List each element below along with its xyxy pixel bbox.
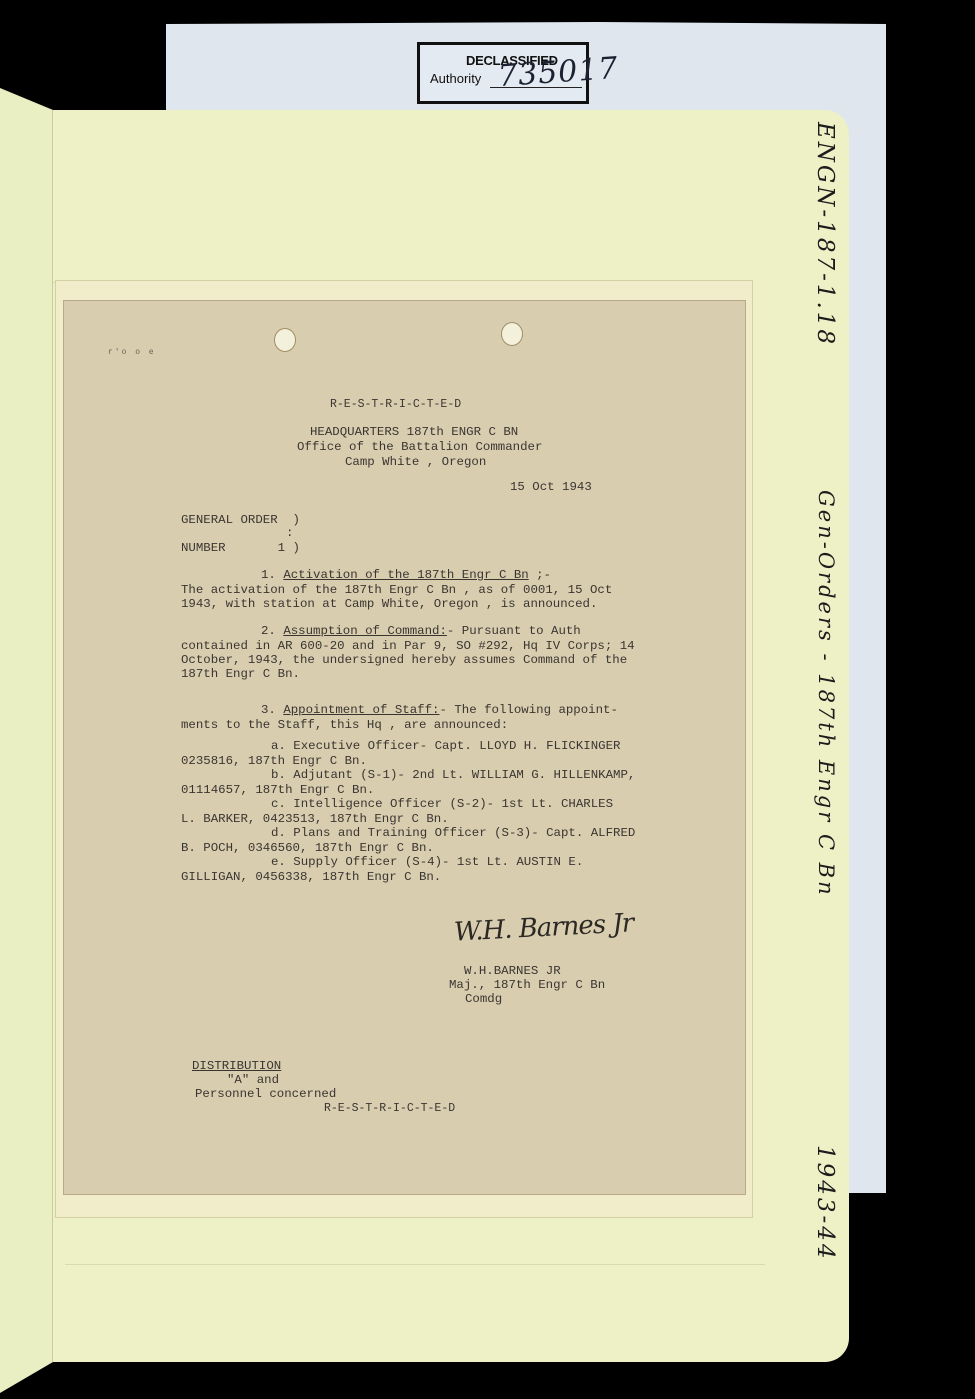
paragraph-3-heading: 3. Appointment of Staff:- The following … <box>261 703 618 718</box>
classification-bottom: R-E-S-T-R-I-C-T-E-D <box>324 1101 455 1116</box>
general-order-label: GENERAL ORDER ) <box>181 513 300 528</box>
paragraph-3-number: 3. <box>261 703 276 717</box>
appointment-b-line-1: b. Adjutant (S-1)- 2nd Lt. WILLIAM G. HI… <box>271 768 635 783</box>
appointment-a-line-2: 0235816, 187th Engr C Bn. <box>181 754 367 769</box>
signatory-title: Maj., 187th Engr C Bn <box>449 978 605 993</box>
appointment-c-line-2: L. BARKER, 0423513, 187th Engr C Bn. <box>181 812 449 827</box>
paragraph-2-line-3: 187th Engr C Bn. <box>181 667 300 682</box>
paragraph-2-number: 2. <box>261 624 276 638</box>
margin-note-bottom: 1943-44 <box>812 1145 838 1262</box>
paragraph-1-number: 1. <box>261 568 276 582</box>
paragraph-1-title: Activation of the 187th Engr C Bn <box>283 568 528 582</box>
distribution-heading: DISTRIBUTION <box>192 1059 281 1074</box>
signatory-name: W.H.BARNES JR <box>464 964 561 979</box>
header-line-3: Camp White , Oregon <box>345 455 486 470</box>
commander-signature: W.H. Barnes Jr <box>454 916 634 940</box>
paragraph-3-suffix: - The following appoint- <box>439 703 617 717</box>
paragraph-2-heading: 2. Assumption of Command:- Pursuant to A… <box>261 624 581 639</box>
paragraph-3-line-1: ments to the Staff, this Hq , are announ… <box>181 718 508 733</box>
document-date: 15 Oct 1943 <box>510 480 592 495</box>
punch-hole-left <box>274 328 296 352</box>
paragraph-1-heading: 1. Activation of the 187th Engr C Bn ;- <box>261 568 551 583</box>
paragraph-3-title: Appointment of Staff: <box>283 703 439 717</box>
stray-marks: r'o o e <box>108 345 156 360</box>
authority-label: Authority <box>430 71 481 86</box>
appointment-e-line-2: GILLIGAN, 0456338, 187th Engr C Bn. <box>181 870 441 885</box>
paragraph-2-suffix: - Pursuant to Auth <box>447 624 581 638</box>
header-line-2: Office of the Battalion Commander <box>297 440 542 455</box>
appointment-d-line-2: B. POCH, 0346560, 187th Engr C Bn. <box>181 841 434 856</box>
appointment-b-line-2: 01114657, 187th Engr C Bn. <box>181 783 374 798</box>
general-order-number: NUMBER 1 ) <box>181 541 300 556</box>
appointment-a-line-1: a. Executive Officer- Capt. LLOYD H. FLI… <box>271 739 620 754</box>
general-order-document: r'o o e R-E-S-T-R-I-C-T-E-D HEADQUARTERS… <box>63 300 746 1195</box>
appointment-d-line-1: d. Plans and Training Officer (S-3)- Cap… <box>271 826 635 841</box>
paragraph-1-line-2: 1943, with station at Camp White, Oregon… <box>181 597 597 612</box>
signatory-role: Comdg <box>465 992 502 1007</box>
distribution-line-2: Personnel concerned <box>195 1087 336 1102</box>
paragraph-2-line-1: contained in AR 600-20 and in Par 9, SO … <box>181 639 635 654</box>
paragraph-1-line-1: The activation of the 187th Engr C Bn , … <box>181 583 612 598</box>
header-line-1: HEADQUARTERS 187th ENGR C BN <box>310 425 518 440</box>
punch-hole-right <box>501 322 523 346</box>
appointment-c-line-1: c. Intelligence Officer (S-2)- 1st Lt. C… <box>271 797 613 812</box>
distribution-line-1: "A" and <box>227 1073 279 1088</box>
declassified-stamp: DECLASSIFIED Authority 735017 <box>417 42 589 104</box>
general-order-colon: : <box>286 526 293 541</box>
paragraph-2-title: Assumption of Command: <box>283 624 447 638</box>
classification-top: R-E-S-T-R-I-C-T-E-D <box>330 397 461 412</box>
appointment-e-line-1: e. Supply Officer (S-4)- 1st Lt. AUSTIN … <box>271 855 583 870</box>
folder-fold-line-bottom <box>65 1264 765 1265</box>
margin-note-middle: Gen-Orders - 187th Engr C Bn <box>814 490 838 898</box>
paragraph-1-suffix: ;- <box>529 568 551 582</box>
paragraph-2-line-2: October, 1943, the undersigned hereby as… <box>181 653 627 668</box>
folder-left-flap <box>0 88 53 1393</box>
margin-note-top: ENGN-187-1.18 <box>812 122 838 347</box>
